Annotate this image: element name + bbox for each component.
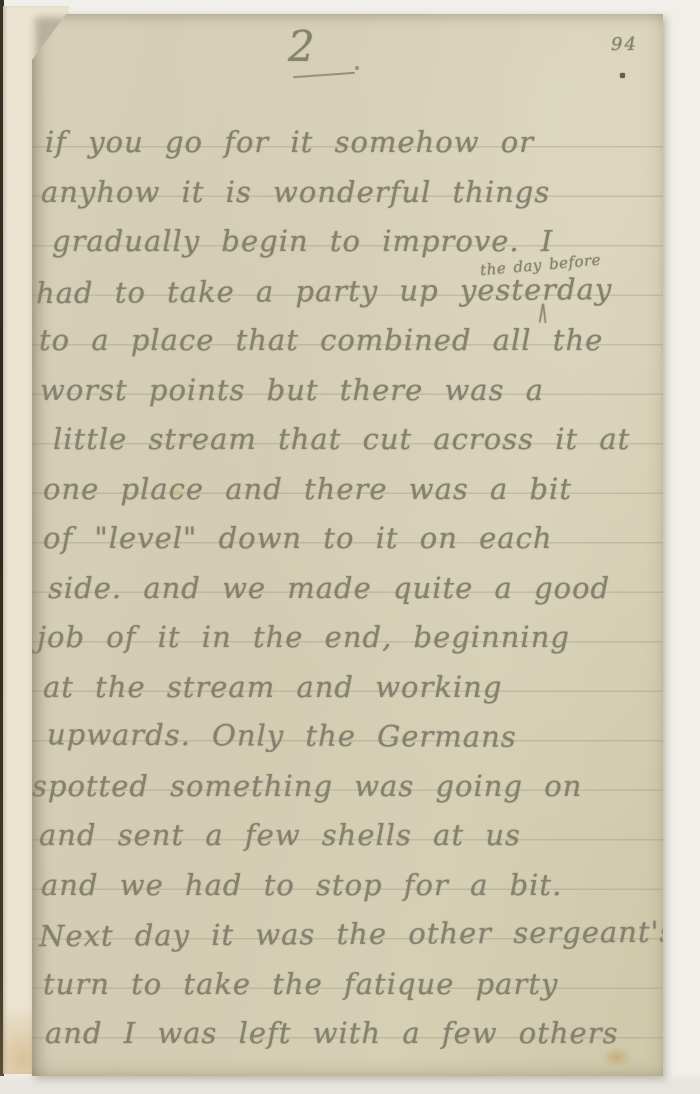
line-text: side. and we made quite a good (48, 571, 610, 605)
manuscript-line-with-insertion: had to take a party up yesterday (36, 264, 661, 318)
manuscript-line: turn to take the fatique party (43, 960, 661, 1010)
manuscript-line: worst points but there was a (40, 366, 661, 416)
ink-speck (620, 73, 625, 78)
line-text: job of it in the end, beginning (37, 620, 570, 654)
line-text: and I was left with a few others (45, 1016, 618, 1050)
manuscript-line: and I was left with a few others (45, 1009, 661, 1059)
line-text: one place and there was a bit (43, 472, 572, 506)
line-text: to a place that combined all the (39, 323, 603, 357)
manuscript-line: of "level" down to it on each (43, 514, 661, 564)
line-text: little stream that cut across it at (53, 422, 630, 456)
manuscript-line: to a place that combined all the (39, 316, 661, 366)
line-text: spotted something was going on (32, 769, 582, 803)
line-text: and sent a few shells at us (39, 818, 521, 852)
line-text: anyhow it is wonderful things (41, 175, 550, 209)
manuscript-line: one place and there was a bit (43, 465, 661, 515)
line-text: at the stream and working (43, 670, 502, 704)
line-text: of "level" down to it on each (43, 521, 553, 555)
manuscript-line: little stream that cut across it at (53, 415, 661, 465)
manuscript-line: at the stream and working (43, 663, 661, 713)
manuscript-line: Next day it was the other sergeant's (39, 908, 661, 962)
line-text: and we had to stop for a bit. (41, 868, 562, 902)
manuscript-line: spotted something was going on (32, 762, 661, 812)
manuscript-line: job of it in the end, beginning (37, 613, 661, 663)
manuscript-line: and we had to stop for a bit. (41, 861, 661, 911)
line-text: turn to take the fatique party (43, 967, 558, 1001)
folio-number: 94 (611, 34, 638, 55)
manuscript-line: if you go for it somehow or (45, 118, 661, 168)
manuscript-line: side. and we made quite a good (48, 564, 661, 614)
page-number: 2 (288, 26, 315, 68)
manuscript-line: and sent a few shells at us (39, 811, 661, 861)
line-text: had to take a party up (36, 273, 460, 310)
line-text: if you go for it somehow or (45, 125, 534, 159)
line-text: Next day it was the other sergeant's (39, 915, 676, 953)
manuscript-line: anyhow it is wonderful things (41, 168, 661, 218)
page-number-period (355, 66, 359, 70)
manuscript-page: 2 94 if you go for it somehow or anyhow … (32, 14, 663, 1076)
line-text: upwards. Only the Germans (47, 717, 517, 753)
manuscript-line: upwards. Only the Germans (47, 710, 661, 763)
page-number-underline (293, 72, 355, 79)
line-text: gradually begin to improve. I (52, 224, 553, 258)
insertion-caret-icon: ∧ (537, 297, 549, 330)
line-text: worst points but there was a (40, 373, 544, 407)
